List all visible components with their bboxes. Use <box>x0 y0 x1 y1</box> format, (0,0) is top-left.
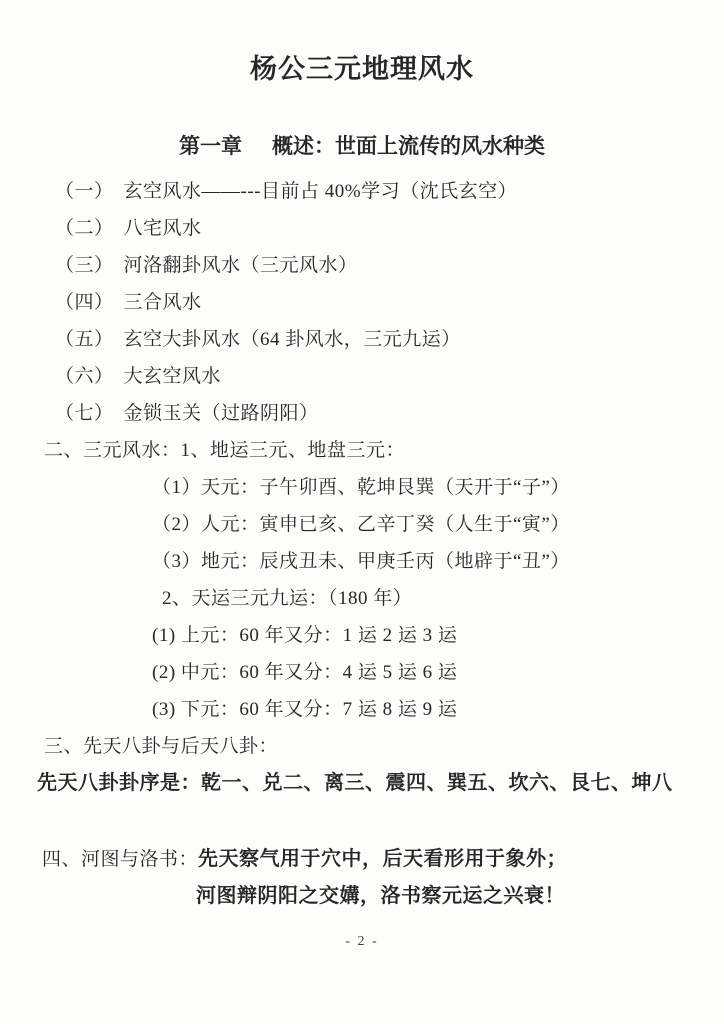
item-text: 三合风水 <box>124 292 202 313</box>
earth-yuan-item: （2）人元：寅申已亥、乙辛丁癸（人生于“寅”） <box>0 506 724 543</box>
chapter-heading: 第一章概述：世面上流传的风水种类 <box>0 133 724 159</box>
overview-item: （一）玄空风水——---目前占 40%学习（沈氏玄空） <box>0 173 724 210</box>
chapter-label: 第一章 <box>179 134 242 158</box>
overview-item: （六）大玄空风水 <box>0 358 724 395</box>
overview-item: （四）三合风水 <box>0 284 724 321</box>
hetu-line-1: 先天察气用于穴中，后天看形用于象外； <box>198 848 567 870</box>
sky-luck-item: (3) 下元：60 年又分：7 运 8 运 9 运 <box>0 691 724 728</box>
page-number: - 2 - <box>0 932 724 952</box>
sky-luck-heading: 2、天运三元九运：（180 年） <box>0 580 724 617</box>
item-marker: （二） <box>55 218 114 239</box>
overview-list: （一）玄空风水——---目前占 40%学习（沈氏玄空） （二）八宅风水 （三）河… <box>0 173 724 432</box>
document-page: 杨公三元地理风水 第一章概述：世面上流传的风水种类 （一）玄空风水——---目前… <box>0 0 724 1024</box>
overview-item: （五）玄空大卦风水（64 卦风水，三元九运） <box>0 321 724 358</box>
item-marker: （三） <box>55 255 114 276</box>
item-text: 金锁玉关（过路阴阳） <box>124 403 319 424</box>
item-text: 八宅风水 <box>124 218 202 239</box>
item-marker: （六） <box>55 366 114 387</box>
section-four-label: 四、河图与洛书： <box>42 849 198 870</box>
overview-item: （七）金锁玉关（过路阴阳） <box>0 395 724 432</box>
earth-yuan-item: （1）天元：子午卯酉、乾坤艮巽（天开于“子”） <box>0 469 724 506</box>
item-marker: （七） <box>55 403 114 424</box>
page-title: 杨公三元地理风水 <box>0 0 724 86</box>
earth-yuan-item: （3）地元：辰戌丑未、甲庚壬丙（地辟于“丑”） <box>0 543 724 580</box>
section-two-heading: 二、三元风水：1、地运三元、地盘三元： <box>0 432 724 469</box>
bagua-sequence-line: 先天八卦卦序是：乾一、兑二、离三、震四、巽五、坎六、艮七、坤八 <box>0 765 724 802</box>
section-three: 三、先天八卦与后天八卦： 先天八卦卦序是：乾一、兑二、离三、震四、巽五、坎六、艮… <box>0 728 724 802</box>
item-text: 大玄空风水 <box>124 366 222 387</box>
section-two: 二、三元风水：1、地运三元、地盘三元： （1）天元：子午卯酉、乾坤艮巽（天开于“… <box>0 432 724 728</box>
sky-luck-item: (1) 上元：60 年又分：1 运 2 运 3 运 <box>0 617 724 654</box>
hetu-line-2: 河图辩阴阳之交媾，洛书察元运之兴衰！ <box>0 878 724 915</box>
overview-item: （三）河洛翻卦风水（三元风水） <box>0 247 724 284</box>
item-text: 玄空大卦风水（64 卦风水，三元九运） <box>124 329 461 350</box>
chapter-title: 概述：世面上流传的风水种类 <box>272 134 545 158</box>
sky-luck-item: (2) 中元：60 年又分：4 运 5 运 6 运 <box>0 654 724 691</box>
section-four: 四、河图与洛书：先天察气用于穴中，后天看形用于象外； 河图辩阴阳之交媾，洛书察元… <box>0 841 724 915</box>
item-marker: （一） <box>55 181 114 202</box>
section-three-heading: 三、先天八卦与后天八卦： <box>0 728 724 765</box>
item-text: 玄空风水——---目前占 40%学习（沈氏玄空） <box>124 181 518 202</box>
item-marker: （四） <box>55 292 114 313</box>
overview-item: （二）八宅风水 <box>0 210 724 247</box>
item-marker: （五） <box>55 329 114 350</box>
section-four-row: 四、河图与洛书：先天察气用于穴中，后天看形用于象外； <box>0 841 724 878</box>
item-text: 河洛翻卦风水（三元风水） <box>124 255 358 276</box>
